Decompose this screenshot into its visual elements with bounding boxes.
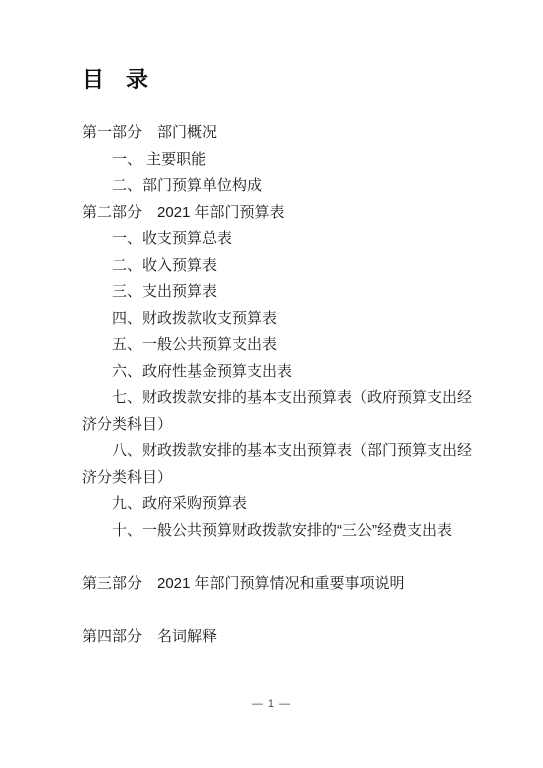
document-page: 目 录 第一部分 部门概况 一、 主要职能 二、部门预算单位构成 第二部分 20… (0, 0, 543, 768)
toc-item-1-2: 二、部门预算单位构成 (82, 173, 502, 200)
toc-item-2-1: 一、收支预算总表 (82, 226, 502, 253)
toc-section-3-header: 第三部分 2021 年部门预算情况和重要事项说明 (82, 571, 502, 598)
toc-item-2-2: 二、收入预算表 (82, 253, 502, 280)
table-of-contents: 第一部分 部门概况 一、 主要职能 二、部门预算单位构成 第二部分 2021 年… (82, 120, 502, 650)
toc-title: 目 录 (82, 65, 148, 95)
toc-item-2-6: 六、政府性基金预算支出表 (82, 359, 502, 386)
toc-item-2-10: 十、一般公共预算财政拨款安排的“三公”经费支出表 (82, 518, 502, 545)
toc-item-2-9: 九、政府采购预算表 (82, 491, 502, 518)
toc-section-4-header: 第四部分 名词解释 (82, 624, 502, 651)
toc-item-2-5: 五、一般公共预算支出表 (82, 332, 502, 359)
toc-item-1-1: 一、 主要职能 (82, 147, 502, 174)
toc-item-2-7: 七、财政拨款安排的基本支出预算表（政府预算支出经 济分类科目） (82, 385, 502, 438)
toc-section-2-header: 第二部分 2021 年部门预算表 (82, 200, 502, 227)
page-footer: — 1 — (0, 698, 543, 710)
page-number: — 1 — (252, 698, 291, 710)
toc-item-2-4: 四、财政拨款收支预算表 (82, 306, 502, 333)
toc-item-2-3: 三、支出预算表 (82, 279, 502, 306)
toc-item-2-8: 八、财政拨款安排的基本支出预算表（部门预算支出经 济分类科目） (82, 438, 502, 491)
toc-section-1-header: 第一部分 部门概况 (82, 120, 502, 147)
